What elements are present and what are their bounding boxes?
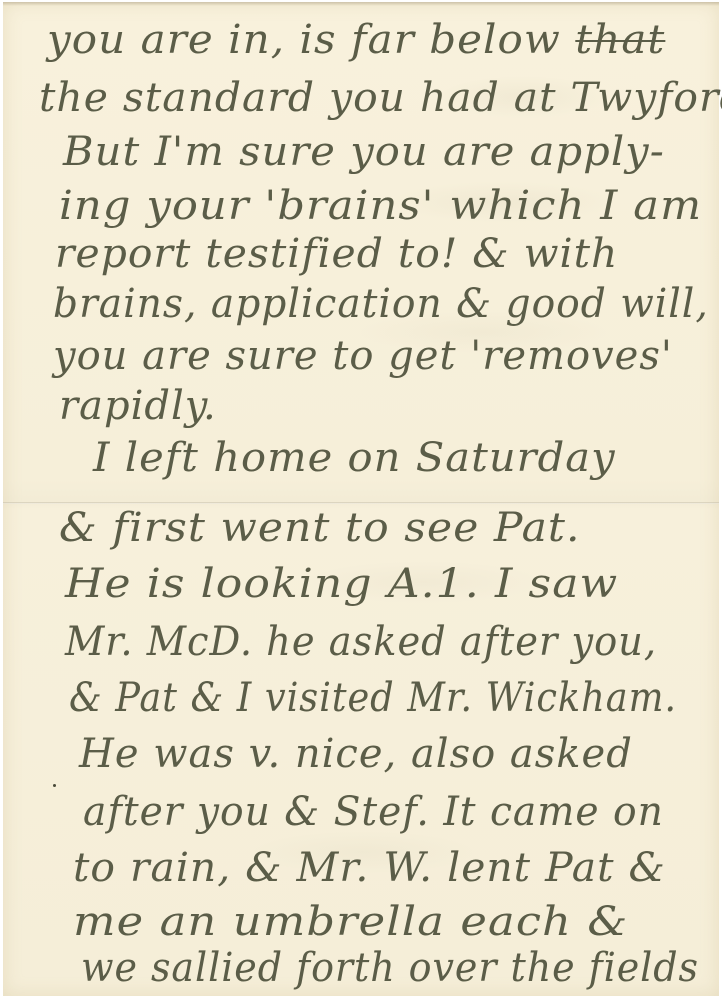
handwritten-line: ing your 'brains' which I am bbox=[59, 186, 702, 226]
line-text: I left home on Saturday bbox=[93, 435, 616, 481]
handwritten-line: & first went to see Pat. bbox=[59, 508, 581, 548]
handwritten-line: But I'm sure you are apply- bbox=[63, 132, 665, 172]
line-text: ing your 'brains' which I am bbox=[59, 183, 702, 229]
letter-page: you are in, is far below that the standa… bbox=[3, 2, 719, 996]
handwritten-line: & Pat & I visited Mr. Wickham. bbox=[69, 678, 677, 718]
handwritten-line: I left home on Saturday bbox=[93, 438, 616, 478]
handwritten-line: after you & Stef. It came on bbox=[83, 792, 664, 832]
line-text: me an umbrella each & bbox=[73, 899, 628, 945]
line-text: report testified to! & with bbox=[55, 231, 618, 277]
line-text: you are in, is far below bbox=[47, 17, 561, 63]
handwritten-line: the standard you had at Twyford. bbox=[39, 78, 722, 118]
line-text: after you & Stef. It came on bbox=[83, 789, 664, 835]
handwritten-line: you are in, is far below that bbox=[47, 20, 665, 60]
handwritten-line: Mr. McD. he asked after you, bbox=[65, 622, 657, 662]
handwritten-line: we sallied forth over the fields bbox=[81, 948, 699, 988]
handwritten-line: He is looking A.1. I saw bbox=[65, 564, 618, 604]
line-text: But I'm sure you are apply- bbox=[63, 129, 665, 175]
handwritten-line: brains, application & good will, bbox=[53, 284, 709, 324]
struck-word: that bbox=[575, 17, 665, 63]
handwritten-line: report testified to! & with bbox=[55, 234, 618, 274]
handwritten-line: me an umbrella each & bbox=[73, 902, 628, 942]
paper-top-edge bbox=[3, 2, 719, 6]
line-text: the standard you had at Twyford. bbox=[39, 75, 722, 121]
line-text: Mr. McD. he asked after you, bbox=[65, 619, 657, 665]
line-text: & Pat & I visited Mr. Wickham. bbox=[69, 675, 677, 721]
line-text: brains, application & good will, bbox=[53, 281, 709, 327]
line-text: we sallied forth over the fields bbox=[81, 945, 699, 991]
line-text: to rain, & Mr. W. lent Pat & bbox=[73, 845, 666, 891]
handwritten-line: you are sure to get 'removes' bbox=[53, 336, 673, 376]
line-text: you are sure to get 'removes' bbox=[53, 333, 673, 379]
fold-crease bbox=[3, 502, 719, 504]
handwritten-line: rapidly. bbox=[59, 386, 217, 426]
ink-speck bbox=[53, 784, 56, 787]
line-text: He is looking A.1. I saw bbox=[65, 561, 618, 607]
line-text: & first went to see Pat. bbox=[59, 505, 581, 551]
handwritten-line: He was v. nice, also asked bbox=[79, 734, 633, 774]
handwritten-line: to rain, & Mr. W. lent Pat & bbox=[73, 848, 666, 888]
line-text: rapidly. bbox=[59, 383, 217, 429]
line-text: He was v. nice, also asked bbox=[79, 731, 633, 777]
